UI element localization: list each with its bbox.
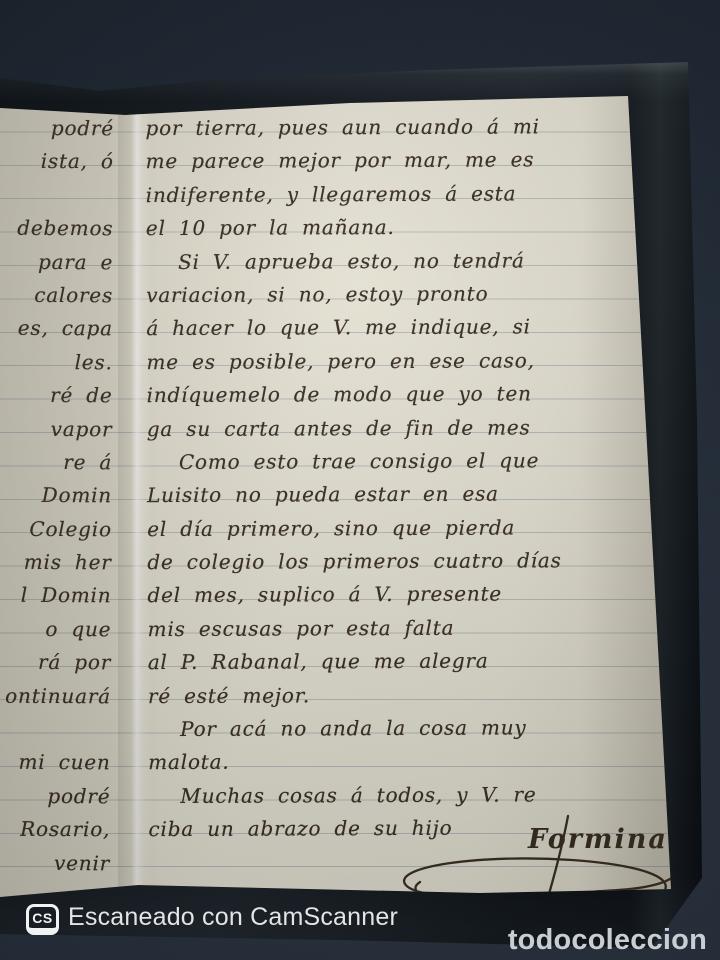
handwriting-line: Luisito no pueda estar en esa bbox=[147, 477, 642, 513]
scan-photo: podréista, ódebemospara ecaloreses, capa… bbox=[0, 0, 720, 960]
handwriting-line: al P. Rabanal, que me alegra bbox=[148, 644, 643, 680]
handwriting-line: ontinuará bbox=[0, 679, 111, 713]
handwriting-line bbox=[0, 713, 111, 747]
handwriting-line: ré de bbox=[0, 379, 112, 413]
left-page-text-column: podréista, ódebemospara ecaloreses, capa… bbox=[0, 112, 117, 881]
handwriting-line bbox=[1, 178, 113, 212]
handwriting-line: venir bbox=[0, 846, 110, 880]
handwriting-line: á hacer lo que V. me indique, si bbox=[146, 310, 641, 346]
handwriting-line: ga su carta antes de fin de mes bbox=[147, 410, 642, 446]
handwriting-line: para e bbox=[1, 245, 113, 279]
handwriting-line: el 10 por la mañana. bbox=[146, 210, 641, 246]
handwriting-line: el día primero, sino que pierda bbox=[147, 511, 642, 547]
handwriting-line: podré bbox=[2, 112, 114, 146]
handwriting-line: es, capa bbox=[1, 312, 113, 346]
letter-paper: podréista, ódebemospara ecaloreses, capa… bbox=[0, 0, 720, 960]
todocoleccion-brand-label: todocoleccion bbox=[508, 924, 707, 957]
camscanner-watermark-label: Escaneado con CamScanner bbox=[68, 903, 398, 932]
handwriting-line: Como esto trae consigo el que bbox=[147, 444, 642, 480]
handwriting-line: Rosario, bbox=[0, 813, 110, 847]
handwriting-line: calores bbox=[1, 279, 113, 313]
handwriting-line: ista, ó bbox=[2, 145, 114, 179]
signature-name: Forminal bbox=[527, 824, 680, 855]
handwriting-line: rá por bbox=[0, 646, 111, 680]
camscanner-cs-icon: CS bbox=[26, 904, 59, 935]
handwriting-line: l Domin bbox=[0, 579, 112, 613]
handwriting-line: Si V. aprueba esto, no tendrá bbox=[146, 243, 641, 279]
main-page-text-column: por tierra, pues aun cuando á mime parec… bbox=[145, 110, 643, 847]
handwriting-line: podré bbox=[0, 780, 111, 814]
handwriting-line: ré esté mejor. bbox=[148, 678, 643, 714]
handwriting-line: indiferente, y llegaremos á esta bbox=[146, 177, 641, 213]
handwriting-line: Por acá no anda la cosa muy bbox=[148, 711, 643, 747]
handwriting-line: por tierra, pues aun cuando á mi bbox=[145, 110, 640, 146]
handwriting-line: re á bbox=[0, 446, 112, 480]
handwriting-line: me es posible, pero en ese caso, bbox=[146, 344, 641, 380]
handwriting-line: variacion, si no, estoy pronto bbox=[146, 277, 641, 313]
handwriting-line: debemos bbox=[1, 212, 113, 246]
handwriting-line: les. bbox=[1, 345, 113, 379]
handwriting-line: Domin bbox=[0, 479, 112, 513]
handwriting-line: Colegio bbox=[0, 512, 112, 546]
handwriting-line: mi cuen bbox=[0, 746, 111, 780]
handwriting-line: del mes, suplico á V. presente bbox=[147, 577, 642, 613]
handwriting-line: indíquemelo de modo que yo ten bbox=[147, 377, 642, 413]
handwriting-line: vapor bbox=[0, 412, 112, 446]
handwriting-line: mis her bbox=[0, 546, 112, 580]
handwriting-line: malota. bbox=[148, 744, 643, 780]
handwriting-line: o que bbox=[0, 613, 111, 647]
handwriting-line: me parece mejor por mar, me es bbox=[146, 143, 641, 179]
handwriting-line: de colegio los primeros cuatro días bbox=[147, 544, 642, 580]
handwriting-line: mis escusas por esta falta bbox=[148, 611, 643, 647]
